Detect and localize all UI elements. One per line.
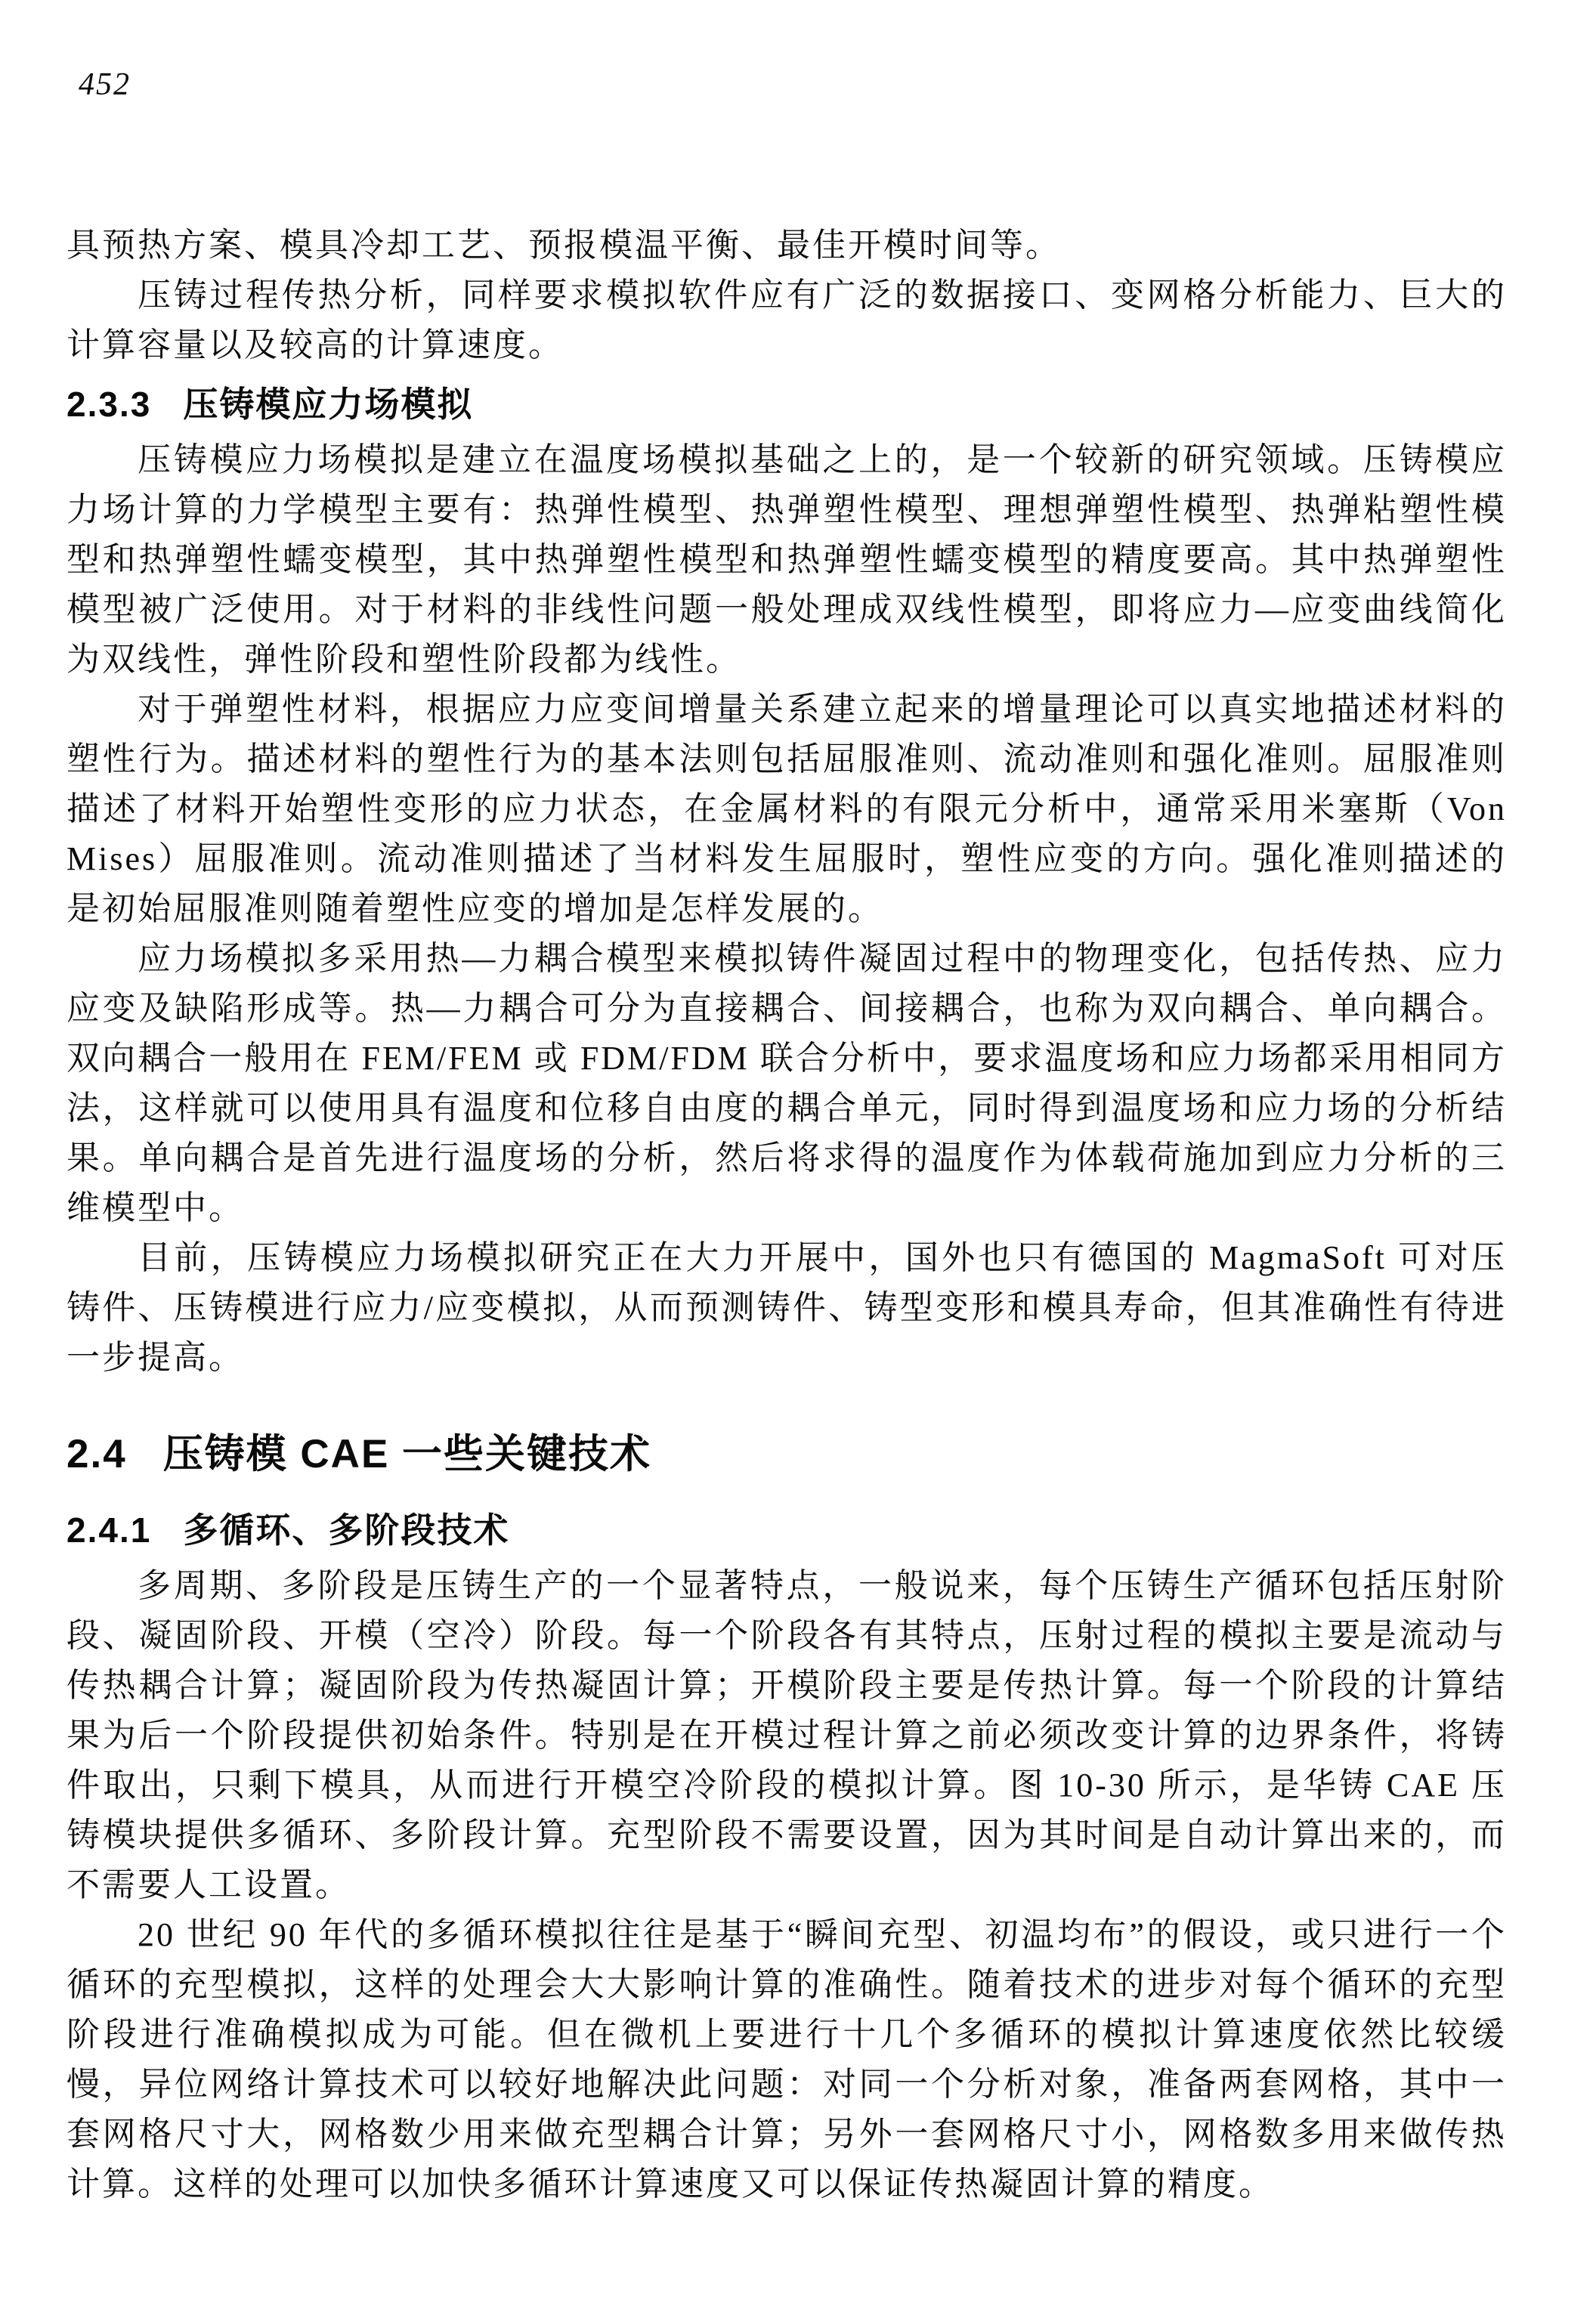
section-title: 压铸模应力场模拟 bbox=[183, 385, 473, 424]
paragraph: 20 世纪 90 年代的多循环模拟往往是基于“瞬间充型、初温均布”的假设，或只进… bbox=[66, 1910, 1507, 2209]
page-content: 具预热方案、模具冷却工艺、预报模温平衡、最佳开模时间等。 压铸过程传热分析，同样… bbox=[66, 221, 1507, 2209]
paragraph: 应力场模拟多采用热—力耦合模型来模拟铸件凝固过程中的物理变化，包括传热、应力应变… bbox=[66, 934, 1507, 1233]
section-heading-2-4-1: 2.4.1多循环、多阶段技术 bbox=[66, 1508, 1507, 1552]
document-page: 452 具预热方案、模具冷却工艺、预报模温平衡、最佳开模时间等。 压铸过程传热分… bbox=[0, 0, 1596, 2297]
paragraph: 对于弹塑性材料，根据应力应变间增量关系建立起来的增量理论可以真实地描述材料的塑性… bbox=[66, 685, 1507, 934]
page-number: 452 bbox=[79, 66, 131, 103]
section-number: 2.4 bbox=[66, 1432, 127, 1476]
section-title: 多循环、多阶段技术 bbox=[183, 1510, 509, 1550]
section-title: 压铸模 CAE 一些关键技术 bbox=[163, 1432, 651, 1476]
section-number: 2.3.3 bbox=[66, 385, 151, 424]
paragraph: 目前，压铸模应力场模拟研究正在大力开展中，国外也只有德国的 MagmaSoft … bbox=[66, 1233, 1507, 1383]
paragraph: 压铸模应力场模拟是建立在温度场模拟基础之上的，是一个较新的研究领域。压铸模应力场… bbox=[66, 435, 1507, 685]
section-heading-2-4: 2.4压铸模 CAE 一些关键技术 bbox=[66, 1430, 1507, 1479]
section-number: 2.4.1 bbox=[66, 1510, 151, 1550]
paragraph: 多周期、多阶段是压铸生产的一个显著特点，一般说来，每个压铸生产循环包括压射阶段、… bbox=[66, 1561, 1507, 1910]
paragraph: 具预热方案、模具冷却工艺、预报模温平衡、最佳开模时间等。 bbox=[66, 221, 1507, 271]
paragraph: 压铸过程传热分析，同样要求模拟软件应有广泛的数据接口、变网格分析能力、巨大的计算… bbox=[66, 271, 1507, 370]
section-heading-2-3-3: 2.3.3压铸模应力场模拟 bbox=[66, 382, 1507, 426]
